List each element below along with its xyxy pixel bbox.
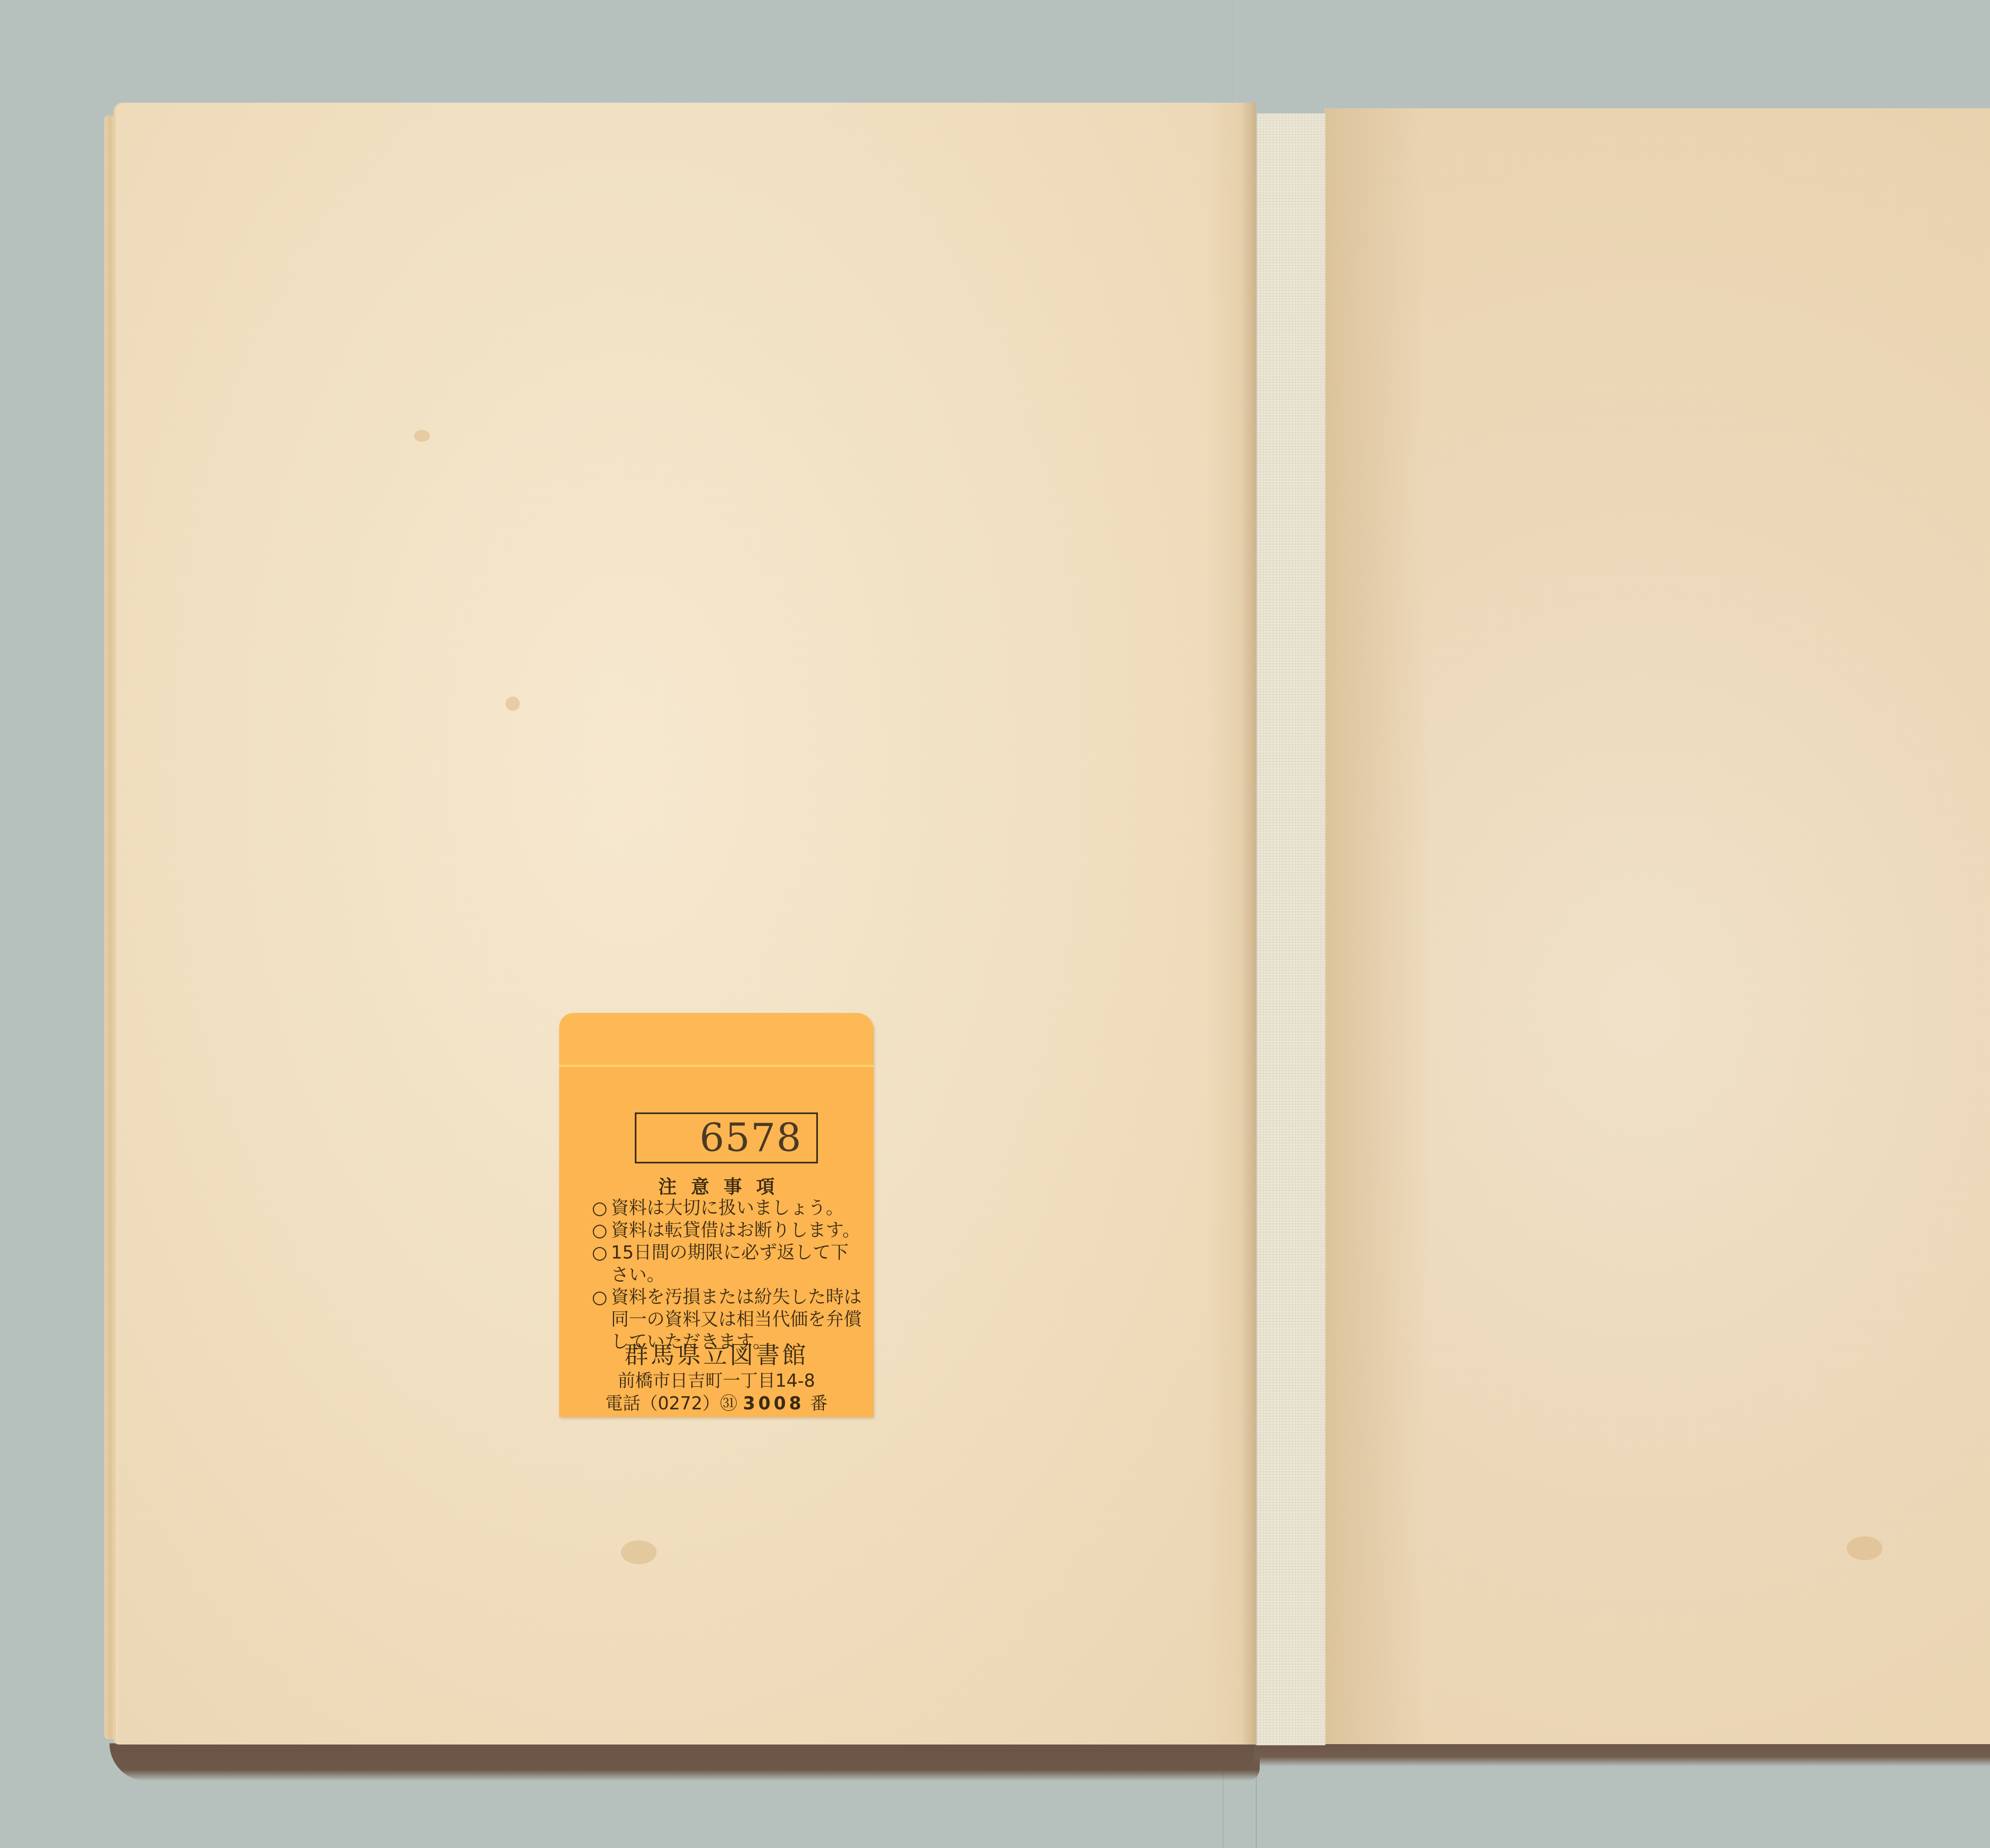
phone-suffix: 番 [810, 1393, 827, 1414]
background-seam [1233, 0, 1235, 119]
left-page-gutter [1206, 103, 1256, 1745]
call-number-box: 6578 [635, 1112, 818, 1163]
notice-text: 資料は大切に扱いましょう。 [611, 1197, 844, 1218]
foxing-spot [1847, 1536, 1883, 1560]
notice-item: ○ 資料は転貸借はお断りします。 [592, 1219, 862, 1241]
notice-heading: 注意事項 [559, 1172, 874, 1198]
foxing-spot [505, 697, 520, 711]
spine-cloth-strip [1256, 113, 1325, 1745]
notice-item: ○ 15日間の期限に必ず返して下さい。 [592, 1241, 862, 1286]
library-pocket-card: 6578 注意事項 ○ 資料は大切に扱いましょう。 ○ 資料は転貸借はお断りしま… [559, 1013, 874, 1417]
notice-list: ○ 資料は大切に扱いましょう。 ○ 資料は転貸借はお断りします。 ○ 15日間の… [592, 1197, 862, 1353]
notice-text: 15日間の期限に必ず返して下さい。 [611, 1242, 849, 1285]
foxing-spot [414, 430, 430, 442]
notice-item: ○ 資料は大切に扱いましょう。 [592, 1197, 862, 1219]
notice-text: 資料は転貸借はお断りします。 [611, 1220, 860, 1241]
left-endpaper-page [113, 103, 1256, 1745]
circle-bullet-icon: ○ [592, 1241, 607, 1264]
book-cover-edge-left [109, 1743, 1260, 1781]
circle-bullet-icon: ○ [592, 1219, 607, 1241]
call-number: 6578 [700, 1115, 802, 1161]
phone-number: 3008 [743, 1393, 804, 1414]
foxing-spot [621, 1540, 657, 1564]
book-cover-edge-right [1254, 1743, 1990, 1766]
phone-prefix: 電話（0272）㉛ [605, 1393, 737, 1414]
circle-bullet-icon: ○ [592, 1197, 607, 1219]
circle-bullet-icon: ○ [592, 1286, 607, 1308]
library-phone: 電話（0272）㉛ 3008 番 [559, 1389, 874, 1415]
right-page-gutter [1324, 108, 1428, 1744]
library-name: 群馬県立図書館 [559, 1336, 874, 1370]
library-address: 前橋市日吉町一丁目14-8 [559, 1366, 874, 1392]
